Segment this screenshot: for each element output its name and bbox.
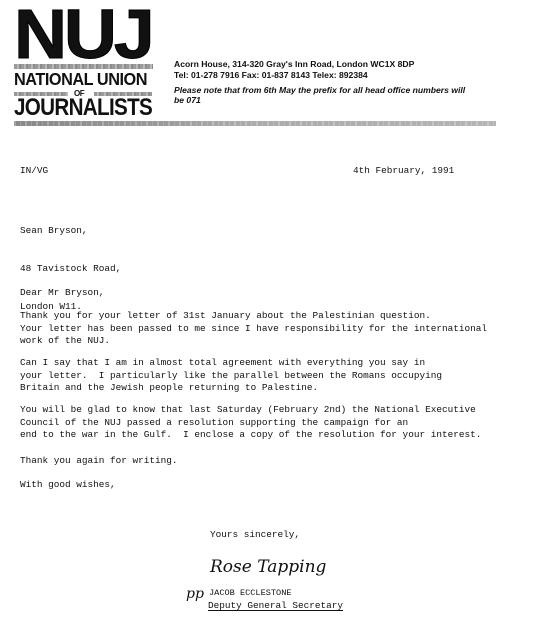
paragraph-1: Thank you for your letter of 31st Januar… [20, 310, 487, 348]
letterhead-contact: Tel: 01-278 7916 Fax: 01-837 8143 Telex:… [174, 70, 368, 81]
letter-date: 4th February, 1991 [353, 165, 454, 178]
handwritten-signature: Rose Tapping [210, 557, 326, 577]
logo-journalists: JOURNALISTS [14, 96, 152, 120]
good-wishes: With good wishes, [20, 479, 116, 492]
signer-name: JACOB ECCLESTONE [209, 588, 292, 599]
paragraph-4: Thank you again for writing. [20, 455, 178, 468]
recipient-street: 48 Tavistock Road, [20, 263, 121, 276]
paragraph-2: Can I say that I am in almost total agre… [20, 357, 442, 395]
recipient-name: Sean Bryson, [20, 225, 121, 238]
reference-code: IN/VG [20, 165, 48, 178]
paragraph-3: You will be glad to know that last Satur… [20, 404, 481, 442]
letterhead-prefix-note: Please note that from 6th May the prefix… [174, 85, 474, 105]
header-rule [14, 121, 496, 126]
recipient-address: Sean Bryson, 48 Tavistock Road, London W… [20, 200, 121, 326]
signer-title: Deputy General Secretary [208, 600, 343, 613]
letterhead-address: Acorn House, 314-320 Gray's Inn Road, Lo… [174, 59, 414, 70]
logo-national-union: NATIONAL UNION [14, 70, 147, 88]
pp-mark: pp [186, 587, 204, 601]
salutation: Dear Mr Bryson, [20, 287, 104, 300]
nuj-logo: NUJ [14, 6, 159, 62]
closing: Yours sincerely, [210, 529, 300, 542]
